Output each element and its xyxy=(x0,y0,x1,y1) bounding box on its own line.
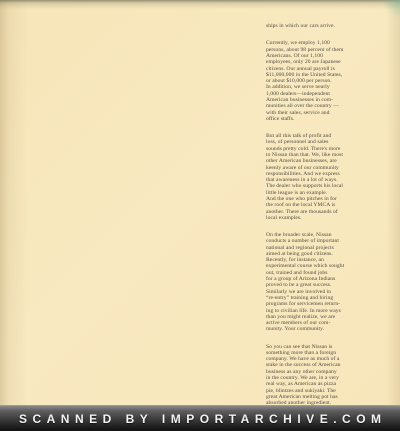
scanned-document: ships in which our cars arrive. Currentl… xyxy=(0,0,400,431)
body-paragraph: So you can see that Nissan is something … xyxy=(266,344,364,407)
body-paragraph: But all this talk of profit and loss, of… xyxy=(266,133,364,221)
body-text-column: ships in which our cars arrive. Currentl… xyxy=(266,17,364,431)
body-paragraph: ships in which our cars arrive. xyxy=(266,23,364,29)
body-paragraph: Currently, we employ 1,100 persons, abou… xyxy=(266,40,364,122)
body-paragraph: On the broader scale, Nissan conducts a … xyxy=(266,232,364,333)
watermark-text: SCANNED BY IMPORTARCHIVE.COM xyxy=(13,412,386,426)
scanner-watermark-banner: SCANNED BY IMPORTARCHIVE.COM xyxy=(0,405,400,431)
